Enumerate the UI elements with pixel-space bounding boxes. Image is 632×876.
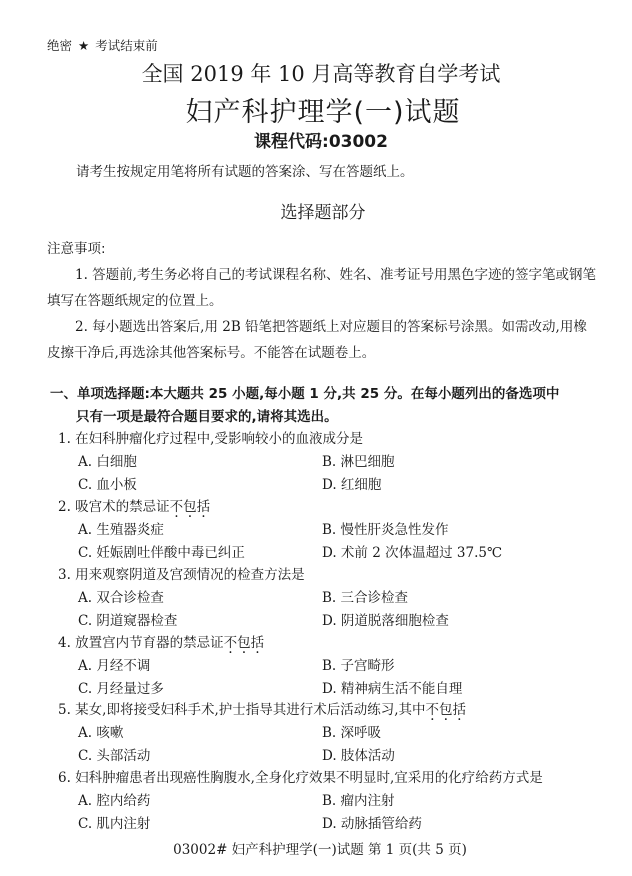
star-icon: ★ [78,38,89,53]
question-2-stem: 2. 吸宫术的禁忌证不包括 [58,495,210,515]
subject-title: 妇产科护理学(一)试题 [0,90,632,129]
question-4-stem: 4. 放置宫内节育器的禁忌证不包括 [58,631,264,651]
question-3-option-b: B. 三合诊检查 [322,586,408,606]
question-2-option-b: B. 慢性肝炎急性发作 [322,518,449,538]
note-1-line-2: 填写在答题纸规定的位置上。 [47,289,223,309]
emphasis-char: 包 [439,702,453,718]
section-title: 选择题部分 [0,198,632,223]
emphasis-char: 不 [170,499,184,515]
question-6-stem: 6. 妇科肿瘤患者出现癌性胸腹水,全身化疗效果不明显时,宜采用的化疗给药方式是 [58,766,543,786]
secret-note: 考试结束前 [95,38,158,53]
confidential-mark: 绝密★考试结束前 [47,36,158,54]
question-6-option-a: A. 腔内给药 [78,789,150,809]
question-2-stem-text: 2. 吸宫术的禁忌证 [58,499,170,515]
question-5-stem: 5. 某女,即将接受妇科手术,护士指导其进行术后活动练习,其中不包括 [58,698,466,718]
exam-title: 全国 2019 年 10 月高等教育自学考试 [0,58,632,88]
emphasis-char: 不 [426,702,440,718]
question-2-option-c: C. 妊娠剧吐伴酸中毒已纠正 [78,541,245,561]
part-one-heading-line-1: 一、单项选择题:本大题共 25 小题,每小题 1 分,共 25 分。在每小题列出… [50,382,559,402]
question-1-stem: 1. 在妇科肿瘤化疗过程中,受影响较小的血液成分是 [58,427,363,447]
question-4-option-c: C. 月经量过多 [78,677,164,697]
note-2-line-2: 皮擦干净后,再选涂其他答案标号。不能答在试题卷上。 [47,341,375,361]
emphasis-char: 括 [453,702,467,718]
answer-instruction: 请考生按规定用笔将所有试题的答案涂、写在答题纸上。 [76,160,414,180]
question-2-option-d: D. 术前 2 次体温超过 37.5℃ [322,541,502,561]
part-one-heading-line-2: 只有一项是最符合题目要求的,请将其选出。 [76,405,338,425]
question-1-option-b: B. 淋巴细胞 [322,450,395,470]
course-code: 课程代码:03002 [0,127,632,152]
question-6-option-c: C. 肌内注射 [78,812,150,832]
note-1-line-1: 1. 答题前,考生务必将自己的考试课程名称、姓名、准考证号用黑色字迹的签字笔或钢… [75,263,596,283]
emphasis-char: 括 [251,635,265,651]
page-footer: 03002# 妇产科护理学(一)试题 第 1 页(共 5 页) [0,838,632,858]
question-5-option-b: B. 深呼吸 [322,721,381,741]
question-5-option-a: A. 咳嗽 [78,721,123,741]
notes-label: 注意事项: [47,237,106,257]
emphasis-char: 括 [197,499,211,515]
question-6-option-d: D. 动脉插管给药 [322,812,422,832]
question-1-option-a: A. 白细胞 [78,450,137,470]
question-3-stem: 3. 用来观察阴道及宫颈情况的检查方法是 [58,563,305,583]
question-1-option-c: C. 血小板 [78,473,137,493]
question-3-option-c: C. 阴道窥器检查 [78,609,177,629]
question-3-option-a: A. 双合诊检查 [78,586,164,606]
emphasis-char: 包 [183,499,197,515]
question-4-option-d: D. 精神病生活不能自理 [322,677,462,697]
emphasis-char: 不 [224,635,238,651]
note-2-line-1: 2. 每小题选出答案后,用 2B 铅笔把答题纸上对应题目的答案标号涂黑。如需改动… [75,315,587,335]
question-5-option-c: C. 头部活动 [78,744,150,764]
emphasis-char: 包 [237,635,251,651]
question-4-stem-text: 4. 放置宫内节育器的禁忌证 [58,635,224,651]
secret-label: 绝密 [47,38,72,53]
question-3-option-d: D. 阴道脱落细胞检查 [322,609,449,629]
question-5-option-d: D. 肢体活动 [322,744,395,764]
question-1-option-d: D. 红细胞 [322,473,381,493]
question-2-option-a: A. 生殖器炎症 [78,518,164,538]
question-4-option-a: A. 月经不调 [78,654,150,674]
question-4-option-b: B. 子宫畸形 [322,654,395,674]
question-5-stem-text: 5. 某女,即将接受妇科手术,护士指导其进行术后活动练习,其中 [58,702,426,718]
question-6-option-b: B. 瘤内注射 [322,789,395,809]
